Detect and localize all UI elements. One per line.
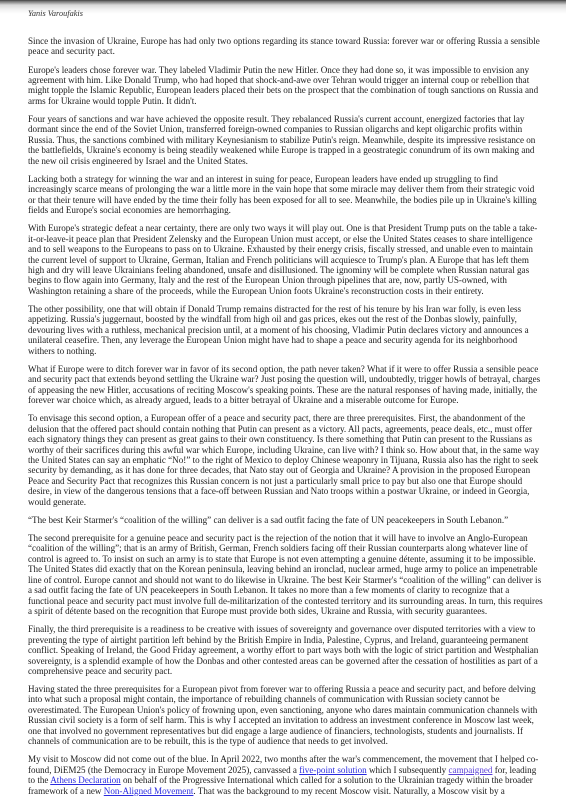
paragraph-1: Since the invasion of Ukraine, Europe ha… [28,36,543,57]
paragraph-4: Lacking both a strategy for winning the … [28,174,543,216]
text-segment: which I subsequently [367,765,449,775]
author-byline: Yanis Varoufakis [28,9,543,19]
article-body: Yanis Varoufakis Since the invasion of U… [28,9,543,804]
paragraph-2: Europe's leaders chose forever war. They… [28,65,543,107]
paragraph-7: What if Europe were to ditch forever war… [28,364,543,406]
paragraph-6: The other possibility, one that will obt… [28,304,543,356]
pull-quote: “The best Keir Starmer's “coalition of t… [28,515,543,525]
campaigned-link[interactable]: campaigned [449,765,493,775]
paragraph-12: My visit to Moscow did not come out of t… [28,754,543,796]
paragraph-8: To envisage this second option, a Europe… [28,413,543,507]
paragraph-10: Finally, the third prerequisite is a rea… [28,624,543,676]
paragraph-9: The second prerequisite for a genuine pe… [28,533,543,617]
paragraph-3: Four years of sanctions and war have ach… [28,114,543,166]
five-point-solution-link[interactable]: five-point solution [299,765,366,775]
non-aligned-movement-link[interactable]: Non-Aligned Movement [104,786,194,796]
paragraph-11: Having stated the three prerequisites fo… [28,684,543,747]
athens-declaration-link[interactable]: Athens Declaration [50,775,120,785]
paragraph-5: With Europe's strategic defeat a near ce… [28,223,543,296]
text-segment: . That was the background to my recent M… [193,786,504,796]
